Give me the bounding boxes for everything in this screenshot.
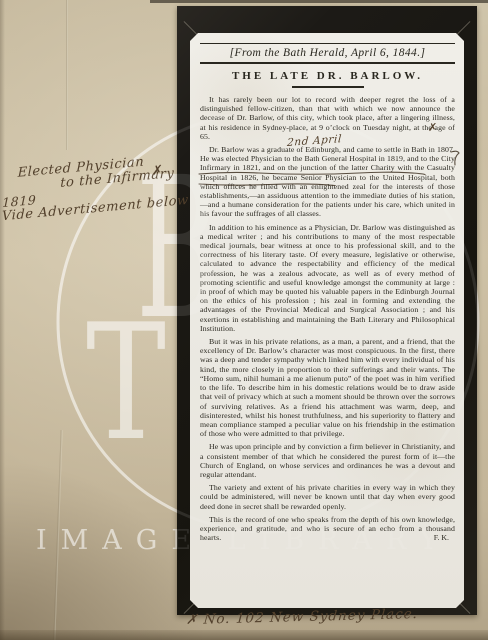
header-rule-top [200, 43, 455, 44]
article-title: THE LATE DR. BARLOW. [200, 70, 455, 82]
article-paragraph: The variety and extent of his private ch… [200, 483, 455, 511]
article-signature: F. K. [200, 533, 455, 542]
article-paragraph: It has rarely been our lot to record wit… [200, 95, 455, 141]
article-paragraph: Dr. Barlow was a graduate of Edinburgh, … [200, 145, 455, 219]
newspaper-clipping: [From the Bath Herald, April 6, 1844.] T… [190, 33, 464, 608]
article-paragraph: But it was in his private relations, as … [200, 337, 455, 438]
mat-bevel [456, 21, 471, 36]
article-body: It has rarely been our lot to record wit… [200, 95, 455, 542]
scan-bottom-edge [0, 630, 488, 640]
article-paragraph: In addition to his eminence as a Physici… [200, 223, 455, 333]
mount-crease [66, 0, 68, 150]
source-line: [From the Bath Herald, April 6, 1844.] [200, 47, 455, 59]
black-mat-frame: [From the Bath Herald, April 6, 1844.] T… [177, 6, 477, 615]
scanned-document-page: B T IMAGE LIBRARY [From the Bath Herald,… [0, 0, 488, 640]
header-rule-bottom [200, 62, 455, 64]
mat-bevel [184, 21, 199, 36]
scan-top-edge [150, 0, 488, 3]
article-paragraph: He was upon principle and by conviction … [200, 442, 455, 479]
scan-left-edge [0, 0, 5, 640]
title-divider [292, 86, 364, 88]
